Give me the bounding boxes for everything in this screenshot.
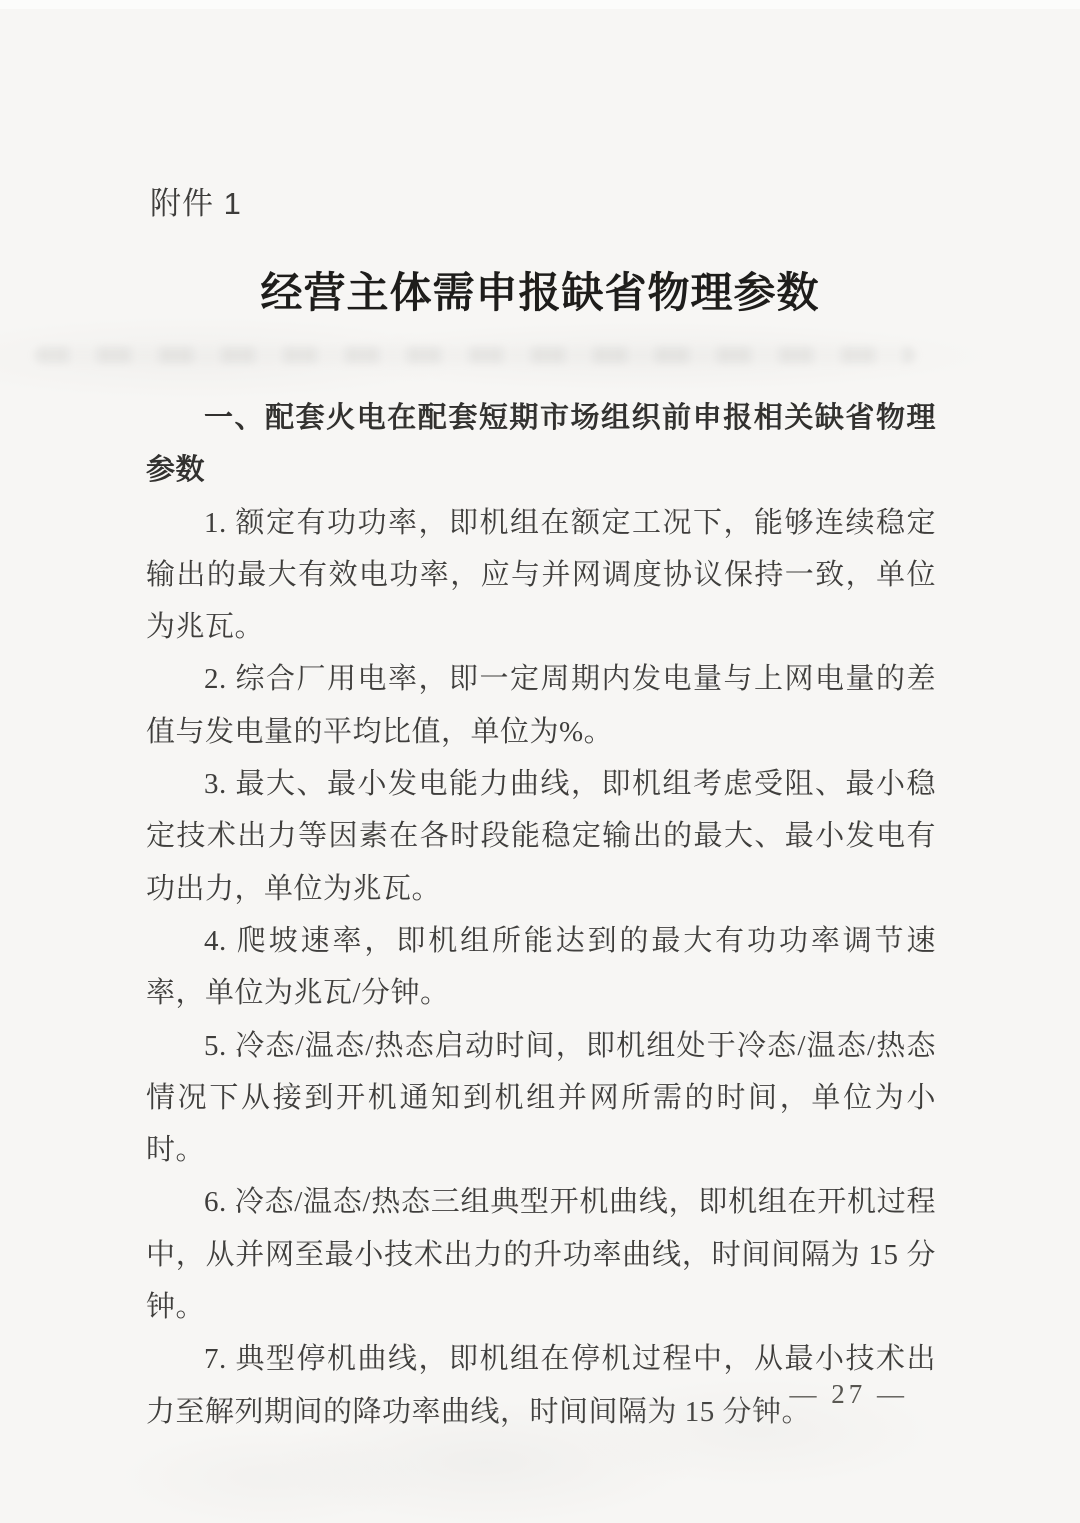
page-number: — 27 —: [790, 1378, 909, 1410]
attachment-label: 附件 1: [150, 184, 242, 224]
section-heading: 一、配套火电在配套短期市场组织前申报相关缺省物理参数: [146, 392, 936, 497]
list-item-6: 6. 冷态/温态/热态三组典型开机曲线，即机组在开机过程中，从并网至最小技术出力…: [146, 1176, 936, 1333]
list-item-4: 4. 爬坡速率，即机组所能达到的最大有功功率调节速率，单位为兆瓦/分钟。: [146, 915, 936, 1020]
scan-artifact-top-strip: [0, 0, 1080, 9]
list-item-1: 1. 额定有功功率，即机组在额定工况下，能够连续稳定输出的最大有效电功率，应与并…: [146, 497, 936, 654]
document-title: 经营主体需申报缺省物理参数: [0, 266, 1080, 322]
scan-artifact-band: [35, 347, 915, 363]
scanned-document-page: 附件 1 经营主体需申报缺省物理参数 一、配套火电在配套短期市场组织前申报相关缺…: [0, 0, 1080, 1523]
list-item-5: 5. 冷态/温态/热态启动时间，即机组处于冷态/温态/热态情况下从接到开机通知到…: [146, 1020, 936, 1177]
list-item-3: 3. 最大、最小发电能力曲线，即机组考虑受阻、最小稳定技术出力等因素在各时段能稳…: [146, 758, 936, 915]
list-item-2: 2. 综合厂用电率，即一定周期内发电量与上网电量的差值与发电量的平均比值，单位为…: [146, 653, 936, 758]
document-body: 一、配套火电在配套短期市场组织前申报相关缺省物理参数 1. 额定有功功率，即机组…: [146, 392, 936, 1438]
